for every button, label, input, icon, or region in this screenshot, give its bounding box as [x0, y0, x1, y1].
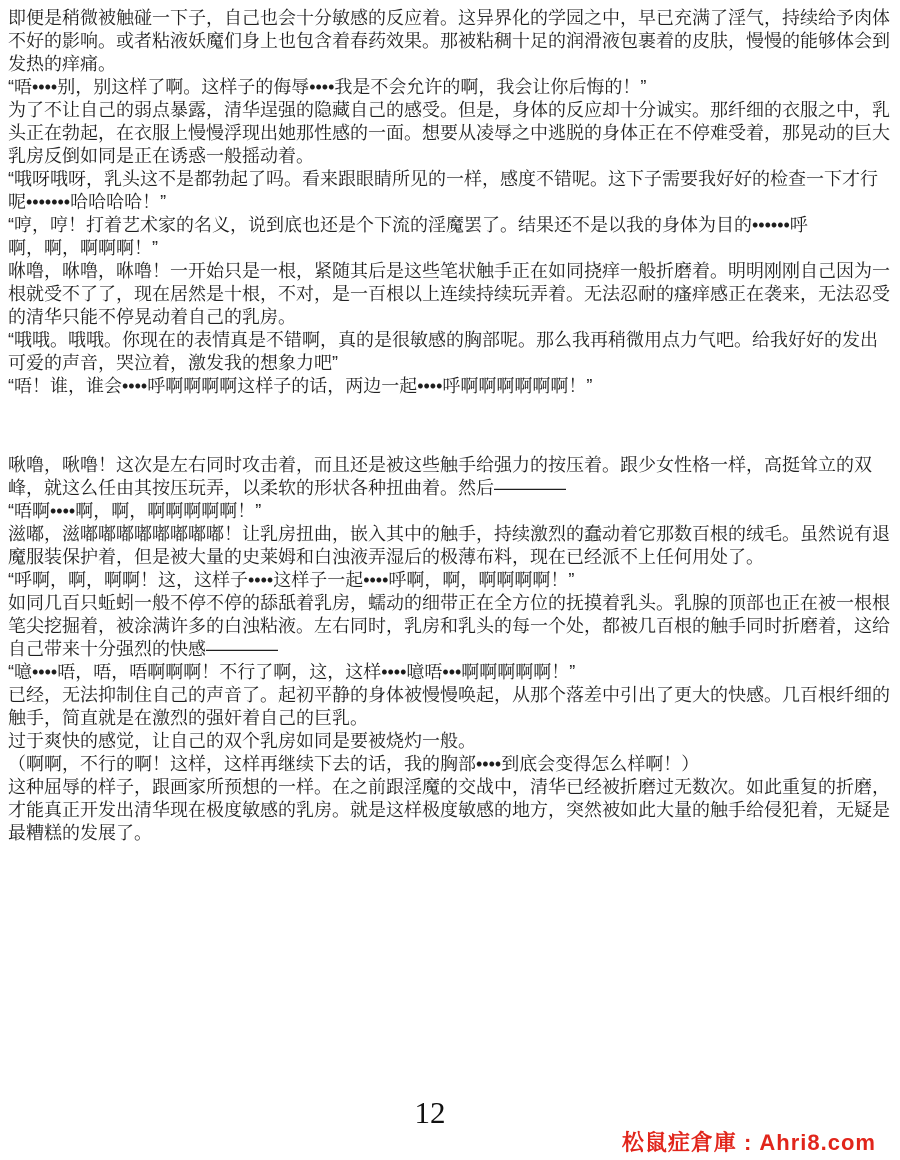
text-line: 已经，无法抑制住自己的声音了。起初平静的身体被慢慢唤起，从那个落差中引出了更大的… — [8, 684, 892, 707]
text-line: 头正在勃起，在衣服上慢慢浮现出她那性感的一面。想要从凌辱之中逃脱的身体正在不停难… — [8, 122, 892, 145]
text-line: “呼啊，啊，啊啊！这，这样子••••这样子一起••••呼啊，啊，啊啊啊啊！” — [8, 569, 892, 592]
text-line: 触手，简直就是在激烈的强奸着自己的巨乳。 — [8, 707, 892, 730]
watermark-link[interactable]: 松鼠症倉庫 : Ahri8.com — [622, 1126, 876, 1157]
text-line: 乳房反倒如同是正在诱惑一般摇动着。 — [8, 145, 892, 168]
text-line: 为了不让自己的弱点暴露，清华逞强的隐藏自己的感受。但是，身体的反应却十分诚实。那… — [8, 99, 892, 122]
text-line: 发热的痒痛。 — [8, 53, 892, 76]
text-line: “哦哦。哦哦。你现在的表情真是不错啊，真的是很敏感的胸部呢。那么我再稍微用点力气… — [8, 329, 892, 352]
text-line: “唔啊••••啊，啊，啊啊啊啊啊！” — [8, 500, 892, 523]
text-line: 啊，啊，啊啊啊！” — [8, 237, 892, 260]
text-line: 笔尖挖掘着，被涂满许多的白浊粘液。左右同时，乳房和乳头的每一个处，都被几百根的触… — [8, 615, 892, 638]
text-line: “噫••••唔，唔，唔啊啊啊！不行了啊，这，这样••••噫唔•••啊啊啊啊啊！” — [8, 661, 892, 684]
text-line: 峰，就这么任由其按压玩弄，以柔软的形状各种扭曲着。然后———— — [8, 477, 892, 500]
text-line: “唔！谁，谁会••••呼啊啊啊啊这样子的话，两边一起••••呼啊啊啊啊啊啊！” — [8, 375, 892, 398]
text-block-1: 即便是稍微被触碰一下子，自己也会十分敏感的反应着。这异界化的学园之中，早已充满了… — [8, 7, 892, 398]
text-line: 即便是稍微被触碰一下子，自己也会十分敏感的反应着。这异界化的学园之中，早已充满了… — [8, 7, 892, 30]
text-block-2: 啾噜，啾噜！这次是左右同时攻击着，而且还是被这些触手给强力的按压着。跟少女性格一… — [8, 454, 892, 845]
text-line: 可爱的声音，哭泣着，激发我的想象力吧” — [8, 352, 892, 375]
text-line: “哼，哼！打着艺术家的名义，说到底也还是个下流的淫魔罢了。结果还不是以我的身体为… — [8, 214, 892, 237]
text-line: 过于爽快的感觉，让自己的双个乳房如同是要被烧灼一般。 — [8, 730, 892, 753]
text-line: 自己带来十分强烈的快感———— — [8, 638, 892, 661]
text-line: 咻噜，咻噜，咻噜！一开始只是一根，紧随其后是这些笔状触手正在如同挠痒一般折磨着。… — [8, 260, 892, 283]
text-line: 如同几百只蚯蚓一般不停不停的舔舐着乳房，蠕动的细带正在全方位的抚摸着乳头。乳腺的… — [8, 592, 892, 615]
document-page: 即便是稍微被触碰一下子，自己也会十分敏感的反应着。这异界化的学园之中，早已充满了… — [0, 0, 900, 1160]
text-line: 滋嘟，滋嘟嘟嘟嘟嘟嘟嘟嘟！让乳房扭曲，嵌入其中的触手，持续激烈的蠢动着它那数百根… — [8, 523, 892, 546]
text-line: 才能真正开发出清华现在极度敏感的乳房。就是这样极度敏感的地方，突然被如此大量的触… — [8, 799, 892, 822]
text-line: 最糟糕的发展了。 — [8, 822, 892, 845]
text-line: （啊啊，不行的啊！这样，这样再继续下去的话，我的胸部••••到底会变得怎么样啊！… — [8, 753, 892, 776]
text-line: “哦呀哦呀，乳头这不是都勃起了吗。看来跟眼睛所见的一样，感度不错呢。这下子需要我… — [8, 168, 892, 191]
text-line: “唔••••别，别这样了啊。这样子的侮辱••••我是不会允许的啊，我会让你后悔的… — [8, 76, 892, 99]
text-line: 呢•••••••哈哈哈哈！” — [8, 191, 892, 214]
text-line: 魔服装保护着，但是被大量的史莱姆和白浊液弄湿后的极薄布料，现在已经派不上任何用处… — [8, 546, 892, 569]
text-line: 啾噜，啾噜！这次是左右同时攻击着，而且还是被这些触手给强力的按压着。跟少女性格一… — [8, 454, 892, 477]
text-line: 不好的影响。或者粘液妖魔们身上也包含着春药效果。那被粘稠十足的润滑液包裹着的皮肤… — [8, 30, 892, 53]
text-area: 即便是稍微被触碰一下子，自己也会十分敏感的反应着。这异界化的学园之中，早已充满了… — [8, 7, 892, 845]
text-line: 的清华只能不停晃动着自己的乳房。 — [8, 306, 892, 329]
text-line: 这种屈辱的样子，跟画家所预想的一样。在之前跟淫魔的交战中，清华已经被折磨过无数次… — [8, 776, 892, 799]
text-line: 根就受不了了，现在居然是十根，不对，是一百根以上连续持续玩弄着。无法忍耐的瘙痒感… — [8, 283, 892, 306]
